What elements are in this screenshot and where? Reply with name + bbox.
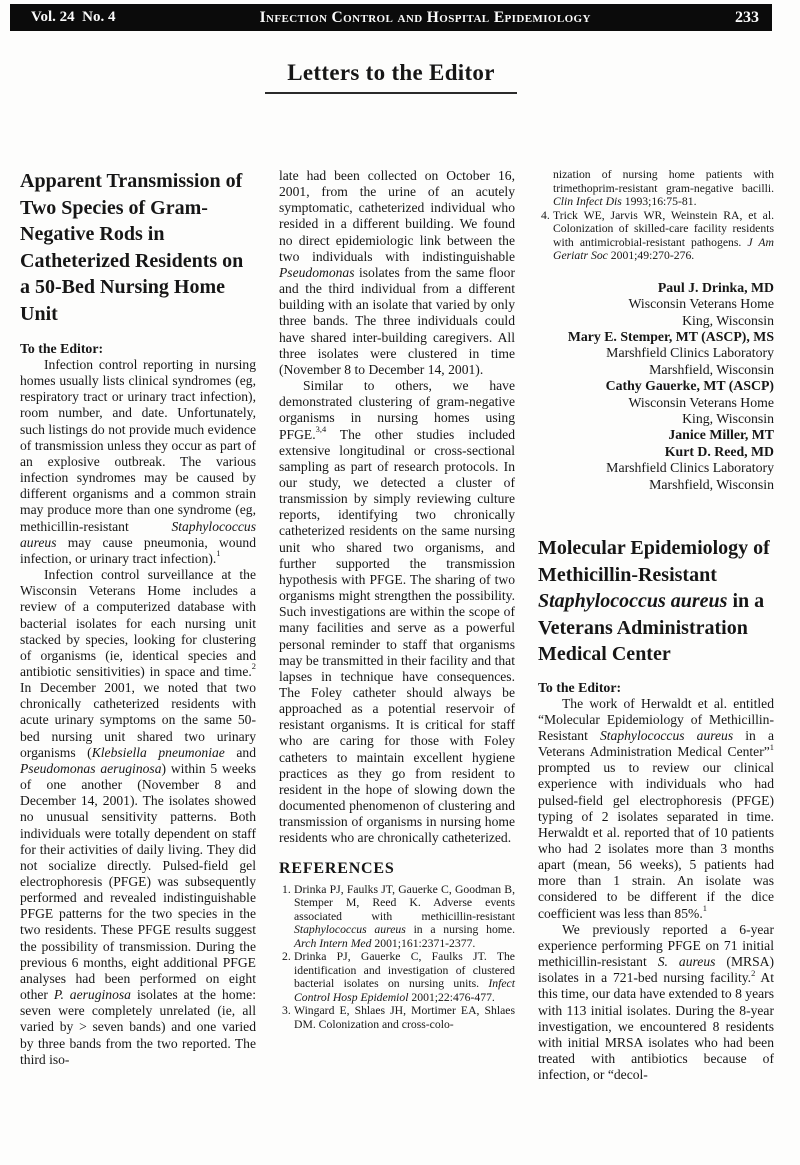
reference-number: 3. xyxy=(279,1004,294,1031)
body-paragraph: late had been collected on October 16, 2… xyxy=(279,168,515,378)
reference-number: 2. xyxy=(279,950,294,1004)
letter1-col2-paragraphs: late had been collected on October 16, 2… xyxy=(279,168,515,847)
reference-item: nization of nursing home patients with t… xyxy=(538,168,774,209)
author-line: Marshfield, Wisconsin xyxy=(538,362,774,378)
reference-text: nization of nursing home patients with t… xyxy=(553,168,774,209)
reference-item: 4. Trick WE, Jarvis WR, Weinstein RA, et… xyxy=(538,209,774,263)
authors-block: Paul J. Drinka, MDWisconsin Veterans Hom… xyxy=(538,280,774,493)
section-title: Letters to the Editor xyxy=(10,60,772,86)
letter2-paragraphs: The work of Herwaldt et al. entitled “Mo… xyxy=(538,696,774,1084)
references-list-col3: nization of nursing home patients with t… xyxy=(538,168,774,263)
reference-item: 3. Wingard E, Shlaes JH, Mortimer EA, Sh… xyxy=(279,1004,515,1031)
column-2: late had been collected on October 16, 2… xyxy=(279,168,515,1083)
body-paragraph: The work of Herwaldt et al. entitled “Mo… xyxy=(538,696,774,922)
author-line: Wisconsin Veterans Home xyxy=(538,395,774,411)
letter1-title: Apparent Transmission of Two Species of … xyxy=(20,168,256,327)
volume-issue-label: Vol. 24 No. 4 xyxy=(10,9,115,26)
author-line: Wisconsin Veterans Home xyxy=(538,296,774,312)
reference-item: 1. Drinka PJ, Faulks JT, Gauerke C, Good… xyxy=(279,883,515,951)
journal-name: Infection Control and Hospital Epidemiol… xyxy=(115,9,735,27)
letter2-title: Molecular Epidemiology of Methicillin-Re… xyxy=(538,535,774,668)
author-line: Janice Miller, MT xyxy=(538,427,774,443)
section-title-rule xyxy=(265,92,517,94)
author-line: Marshfield Clinics Laboratory xyxy=(538,460,774,476)
column-3: nization of nursing home patients with t… xyxy=(538,168,774,1083)
journal-header-bar: Vol. 24 No. 4 Infection Control and Hosp… xyxy=(10,4,772,31)
reference-number: 1. xyxy=(279,883,294,951)
body-paragraph: Infection control reporting in nursing h… xyxy=(20,357,256,567)
reference-item: 2. Drinka PJ, Gauerke C, Faulks JT. The … xyxy=(279,950,515,1004)
author-line: Kurt D. Reed, MD xyxy=(538,444,774,460)
author-line: Marshfield, Wisconsin xyxy=(538,477,774,493)
body-paragraph: Similar to others, we have demonstrated … xyxy=(279,378,515,847)
references-heading: REFERENCES xyxy=(279,860,515,878)
letter1-col1-paragraphs: Infection control reporting in nursing h… xyxy=(20,357,256,1068)
journal-page: Vol. 24 No. 4 Infection Control and Hosp… xyxy=(0,0,800,1165)
author-line: Marshfield Clinics Laboratory xyxy=(538,345,774,361)
reference-text: Trick WE, Jarvis WR, Weinstein RA, et al… xyxy=(553,209,774,263)
references-list-col2: 1. Drinka PJ, Faulks JT, Gauerke C, Good… xyxy=(279,883,515,1032)
page-number: 233 xyxy=(735,9,772,27)
author-line: Mary E. Stemper, MT (ASCP), MS xyxy=(538,329,774,345)
author-line: Paul J. Drinka, MD xyxy=(538,280,774,296)
reference-text: Wingard E, Shlaes JH, Mortimer EA, Shlae… xyxy=(294,1004,515,1031)
letters-columns: Apparent Transmission of Two Species of … xyxy=(20,168,774,1083)
author-line: King, Wisconsin xyxy=(538,411,774,427)
column-1: Apparent Transmission of Two Species of … xyxy=(20,168,256,1083)
reference-text: Drinka PJ, Faulks JT, Gauerke C, Goodman… xyxy=(294,883,515,951)
author-line: Cathy Gauerke, MT (ASCP) xyxy=(538,378,774,394)
reference-text: Drinka PJ, Gauerke C, Faulks JT. The ide… xyxy=(294,950,515,1004)
author-line: King, Wisconsin xyxy=(538,313,774,329)
body-paragraph: We previously reported a 6-year experien… xyxy=(538,922,774,1084)
letter1-salutation: To the Editor: xyxy=(20,340,256,357)
letters-section-heading: Letters to the Editor xyxy=(10,60,772,94)
reference-number xyxy=(538,168,553,209)
letter2-salutation: To the Editor: xyxy=(538,679,774,696)
reference-number: 4. xyxy=(538,209,553,263)
body-paragraph: Infection control surveillance at the Wi… xyxy=(20,567,256,1068)
